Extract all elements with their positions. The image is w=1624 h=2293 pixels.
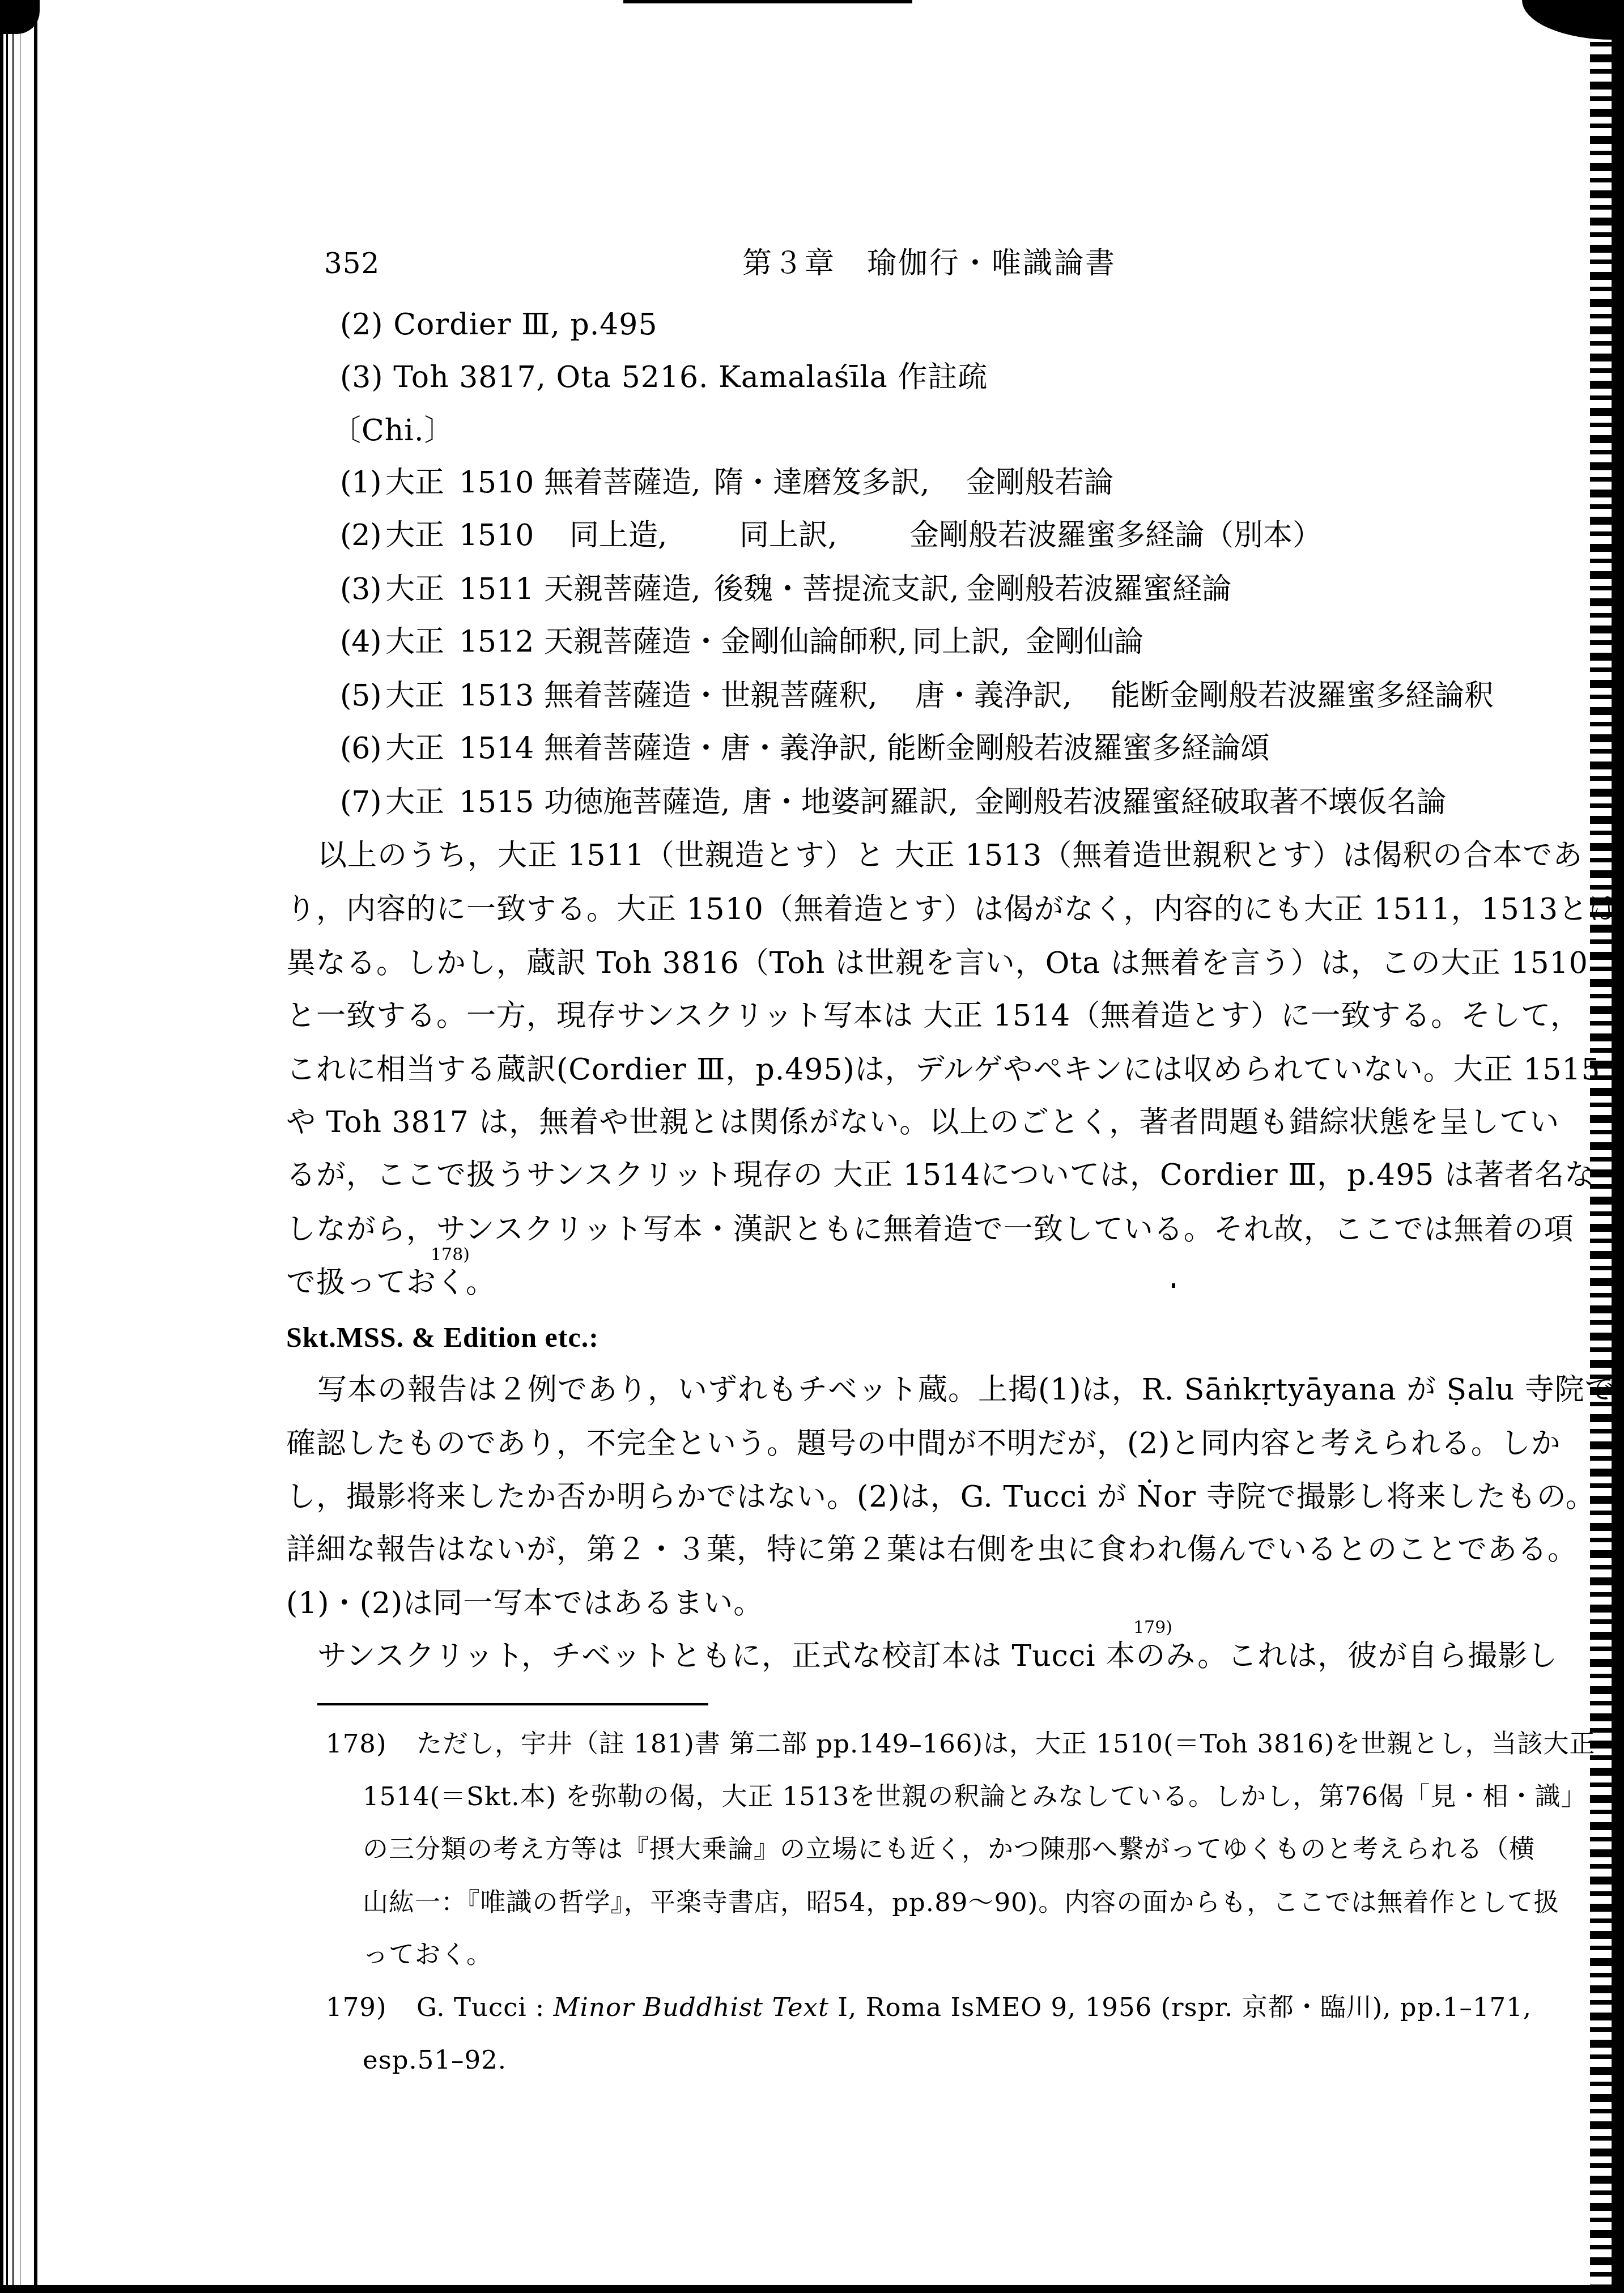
footnote-ref-178[interactable]: 178) [431,1247,470,1264]
tib-ref-text: Cordier Ⅲ, p.495 [393,308,657,342]
item-number: (5) [340,679,382,713]
footnote-line: 山紘一：『唯識の哲学』，平楽寺書店，昭54，pp.89〜90)。内容の面からも，… [363,1887,1559,1918]
text-segment: これは，彼が自ら撮影し [1227,1639,1558,1673]
section-heading: Skt.MSS. & Edition etc.: [286,1320,599,1354]
tib-ref-number: (3) [340,360,384,394]
stray-mark [1172,1283,1175,1288]
tib-ref-item: (3) Toh 3817, Ota 5216. Kamalaśīla 作註疏 [340,360,988,394]
item-id: 1510 [459,466,534,500]
item-author: 功徳施菩薩造, [544,785,730,819]
item-author: 天親菩薩造, [544,572,701,606]
item-translator: 唐・義浄訳, [915,679,1072,713]
item-author: 無着菩薩造, [544,466,701,500]
item-author: 天親菩薩造・金剛仙論師釈, [544,625,907,659]
text-line: るが，ここで扱うサンスクリット現存の 大正 1514については，Cordier … [286,1158,1595,1192]
footnote-line: esp.51–92. [363,2044,507,2076]
text-line: しながら，サンスクリット写本・漢訳ともに無着造で一致している。それ故，ここでは無… [286,1213,1574,1247]
item-canon: 大正 [385,625,444,659]
footnote-ref-179[interactable]: 179) [1133,1619,1172,1636]
footnote-citation: G. Tucci : Minor Buddhist Text I, Roma I… [416,1992,1532,2023]
footnote-number: 179) [326,1992,386,2023]
text-line: 写本の報告は２例であり，いずれもチベット蔵。上掲(1)は，R. Sāṅkṛtyā… [317,1373,1615,1407]
citation-title: Minor Buddhist Text [554,1992,830,2022]
item-translator: 隋・達磨笈多訳, [714,466,930,500]
scan-corner-top-right [1522,0,1624,40]
text-line: と一致する。一方，現存サンスクリット写本は 大正 1514（無着造とす）に一致す… [286,999,1580,1033]
item-canon: 大正 [385,785,444,819]
footnote-line: の三分類の考え方等は『摂大乗論』の立場にも近く，かつ陳那へ繋がってゆくものと考え… [363,1833,1535,1865]
scan-edge-left [0,0,40,2293]
scan-edge-right-solid [1612,0,1624,2293]
item-number: (4) [340,625,382,659]
item-title: 能断金剛般若波羅蜜多経論釈 [1111,679,1494,713]
item-id: 1515 [459,785,534,819]
item-canon: 大正 [385,679,444,713]
tib-ref-number: (2) [340,308,384,342]
text-line: り，内容的に一致する。大正 1510（無着造とす）は偈がなく，内容的にも大正 1… [286,892,1618,926]
item-translator: 唐・地婆訶羅訳, [742,785,958,819]
item-canon: 大正 [385,572,444,606]
item-title: 金剛般若論 [966,466,1113,500]
footnote-divider [317,1703,708,1705]
item-author: 無着菩薩造・唐・義浄訳, [544,731,878,765]
item-number: (2) [340,518,382,552]
text-line: や Toh 3817 は，無着や世親とは関係がない。以上のごとく，著者問題も錯綜… [286,1105,1559,1139]
footnote-line: 1514(＝Skt.本) を弥勒の偈，大正 1513を世親の釈論とみなしている。… [363,1781,1587,1813]
text-line: 詳細な報告はないが，第２・３葉，特に第２葉は右側を虫に食われ傷んでいるとのことで… [286,1533,1578,1567]
item-id: 1511 [459,572,534,606]
item-number: (3) [340,572,382,606]
item-id: 1512 [459,625,534,659]
item-title: 金剛般若波羅蜜経破取著不壊仮名論 [975,785,1446,819]
item-translator: 後魏・菩提流支訳, [714,572,959,606]
citation-details: I, Roma IsMEO 9, 1956 (rspr. 京都・臨川), pp.… [829,1992,1532,2022]
footnote-number: 178) [326,1728,386,1760]
paragraph-edition: サンスクリット，チベットともに，正式な校訂本は Tucci 本のみ。これは，彼が… [317,1639,1558,1673]
item-author: 同上造, [569,518,668,552]
item-title: 能断金剛般若波羅蜜多経論頌 [887,731,1270,765]
text-line: で扱っておく。 [286,1266,496,1300]
item-id: 1513 [459,679,534,713]
item-title: 金剛般若波羅蜜多経論（別本） [909,518,1322,552]
footnote-line: ただし，宇井（註 181)書 第二部 pp.149–166)は，大正 1510(… [416,1728,1595,1760]
item-number: (7) [340,785,382,819]
item-translator: 同上訳, [912,625,1010,659]
item-id: 1510 [459,518,534,552]
chi-heading: 〔Chi.〕 [331,414,454,448]
item-number: (1) [340,466,382,500]
item-title: 金剛般若波羅蜜経論 [966,572,1231,606]
text-line: 以上のうち，大正 1511（世親造とす）と 大正 1513（無着造世親釈とす）は… [317,839,1583,873]
citation-author: G. Tucci : [416,1992,554,2022]
scan-edge-top [623,0,912,3]
running-head: 第３章 瑜伽行・唯識論書 [742,246,1116,280]
item-canon: 大正 [385,466,444,500]
text-line: (1)・(2)は同一写本ではあるまい。 [286,1586,763,1620]
item-canon: 大正 [385,518,444,552]
item-translator: 同上訳, [739,518,837,552]
text-line: し，撮影将来したか否か明らかではない。(2)は，G. Tucci が Ṅor 寺… [286,1480,1596,1514]
tib-ref-item: (2) Cordier Ⅲ, p.495 [340,308,658,342]
tib-ref-text: Toh 3817, Ota 5216. Kamalaśīla 作註疏 [393,360,988,394]
item-canon: 大正 [385,731,444,765]
item-number: (6) [340,731,382,765]
footnote-line: っておく。 [363,1939,492,1971]
page-number: 352 [324,246,380,280]
scan-edge-bottom [0,2285,1624,2293]
item-title: 金剛仙論 [1026,625,1143,659]
text-line: 確認したものであり，不完全という。題号の中間が不明だが，(2)と同内容と考えられ… [286,1427,1561,1461]
text-line: これに相当する蔵訳(Cordier Ⅲ，p.495)は，デルゲやペキンには収めら… [286,1053,1601,1087]
text-line: 異なる。しかし，蔵訳 Toh 3816（Toh は世親を言い，Ota は無着を言… [286,946,1588,980]
item-author: 無着菩薩造・世親菩薩釈, [544,679,878,713]
item-id: 1514 [459,731,534,765]
text-segment: サンスクリット，チベットともに，正式な校訂本は Tucci 本のみ。 [317,1639,1227,1673]
